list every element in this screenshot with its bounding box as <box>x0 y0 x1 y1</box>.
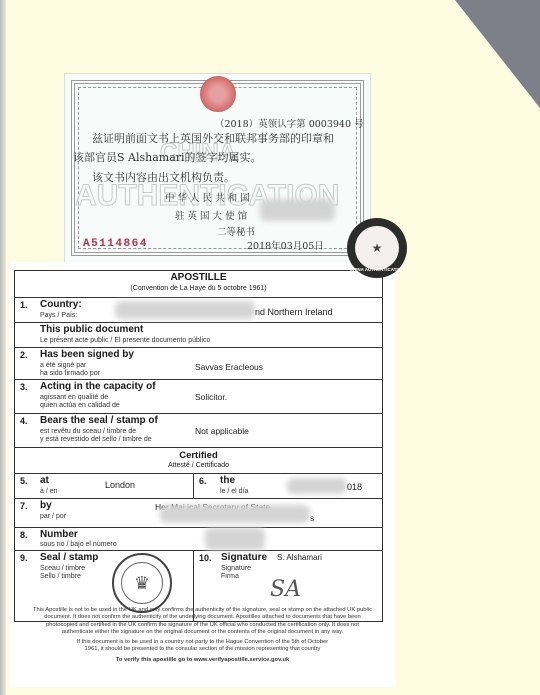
seal-of-label: Bears the seal / stamp of <box>40 415 158 426</box>
redacted-country <box>115 301 255 319</box>
field-number: 3. <box>20 382 28 392</box>
star-icon: ★ <box>355 226 399 270</box>
footer-disclaimer: This Apostille is not to be used in the … <box>30 607 375 636</box>
by-sublabel: par / por <box>40 513 66 520</box>
certified-heading: Certified <box>15 450 382 461</box>
field-number: 7. <box>20 501 28 511</box>
by-label: by <box>40 500 52 511</box>
redacted-date <box>287 478 347 494</box>
capacity-value: Solicitor. <box>195 392 227 402</box>
seal-sublabel1: Sceau / timbre <box>40 565 85 572</box>
cert-text-line2: 该部官员S Alshamari的签字均属实。 <box>73 149 262 165</box>
field-number: 1. <box>20 300 28 310</box>
signature-name: S. Alshamari <box>277 553 322 562</box>
seal-of-sublabel1: est revêtu du sceau / timbre de <box>40 428 136 435</box>
field-number: 9. <box>20 553 28 563</box>
seal-label: Seal / stamp <box>40 552 98 563</box>
field-number: 4. <box>20 416 28 426</box>
chinese-authentication-certificate: CHINA AUTHENTICATION （2018）英领认字第 0003940… <box>64 73 371 263</box>
field-number: 8. <box>20 530 28 540</box>
country-value: nd Northern Ireland <box>255 307 333 317</box>
certified-subheading: Attesté / Certificado <box>15 462 382 469</box>
seal-of-sublabel2: y está revestido del sello / timbre de <box>40 436 152 443</box>
number-label: Number <box>40 529 78 540</box>
signature-sublabel1: Signature <box>221 565 251 572</box>
cert-text-line1: 兹证明前面文书上英国外交和联邦事务部的印章和 <box>92 130 334 146</box>
footer-verify-link: To verify this apostille go to www.verif… <box>30 657 375 664</box>
capacity-sublabel1: agissant en qualité de <box>40 394 108 401</box>
fco-seal-icon: ♛ <box>112 553 172 613</box>
national-emblem-icon <box>200 76 236 112</box>
seal-of-value: Not applicable <box>195 426 249 436</box>
stamp-text: CHINA AUTHENTICATION <box>347 267 407 272</box>
the-value: 018 <box>347 482 362 492</box>
field-number: 6. <box>199 476 207 486</box>
apostille-form: APOSTILLE (Convention de La Haye du 5 oc… <box>10 262 395 687</box>
folded-corner <box>455 0 540 108</box>
field-number: 5. <box>20 476 28 486</box>
reference-number: （2018）英领认字第 0003940 号 <box>215 116 364 130</box>
at-sublabel: à / en <box>40 488 58 495</box>
footer-hague-note: If this document is to be used in a coun… <box>30 639 375 654</box>
country-sublabel: Pays / País: <box>40 312 77 319</box>
country-label: Country: <box>40 299 82 310</box>
number-sublabel: sous no / bajo el numero <box>40 541 117 548</box>
field-number: 10. <box>199 553 212 563</box>
certificate-date: 2018年03月05日 <box>247 238 324 252</box>
page-edge-shadow <box>0 0 6 695</box>
by-value-line2: s <box>310 513 314 523</box>
signed-by-value: Savvas Eracleous <box>195 362 263 372</box>
capacity-sublabel2: quien actúa en calidad de <box>40 402 120 409</box>
redacted-signature <box>260 199 335 221</box>
signature-label: Signature <box>221 552 267 563</box>
seal-sublabel2: Sello / timbre <box>40 573 81 580</box>
field-number: 2. <box>20 350 28 360</box>
handwritten-signature: SA <box>270 577 301 602</box>
the-label: the <box>220 475 235 486</box>
apostille-subtitle: (Convention de La Haye du 5 octobre 1961… <box>15 285 382 292</box>
apostille-title: APOSTILLE <box>15 272 382 283</box>
public-document-label: This public document <box>40 324 143 335</box>
capacity-label: Acting in the capacity of <box>40 381 156 392</box>
issuer-line1: 中 华 人 民 共 和 国 <box>165 190 250 204</box>
at-value: London <box>105 480 135 490</box>
signed-by-sublabel1: a été signé par <box>40 362 86 369</box>
apostille-footer: This Apostille is not to be used in the … <box>30 607 375 664</box>
redacted-number <box>205 528 265 550</box>
public-document-sublabel: Le présent acte public / El presente doc… <box>40 337 210 344</box>
signed-by-sublabel2: ha sido firmado por <box>40 370 100 377</box>
issuer-line2: 驻 英 国 大 使 馆 <box>175 208 247 222</box>
at-label: at <box>40 475 49 486</box>
signed-by-label: Has been signed by <box>40 349 134 360</box>
signature-sublabel2: Firma <box>221 573 239 580</box>
china-authentication-stamp-icon: ★ CHINA AUTHENTICATION <box>347 218 407 278</box>
redacted-authority <box>160 505 310 523</box>
serial-number: A5114864 <box>83 238 148 250</box>
cert-text-line3: 该文书内容由出文机构负责。 <box>92 169 235 185</box>
issuer-title: 二等秘书 <box>217 224 255 238</box>
the-sublabel: le / el día <box>220 488 248 495</box>
